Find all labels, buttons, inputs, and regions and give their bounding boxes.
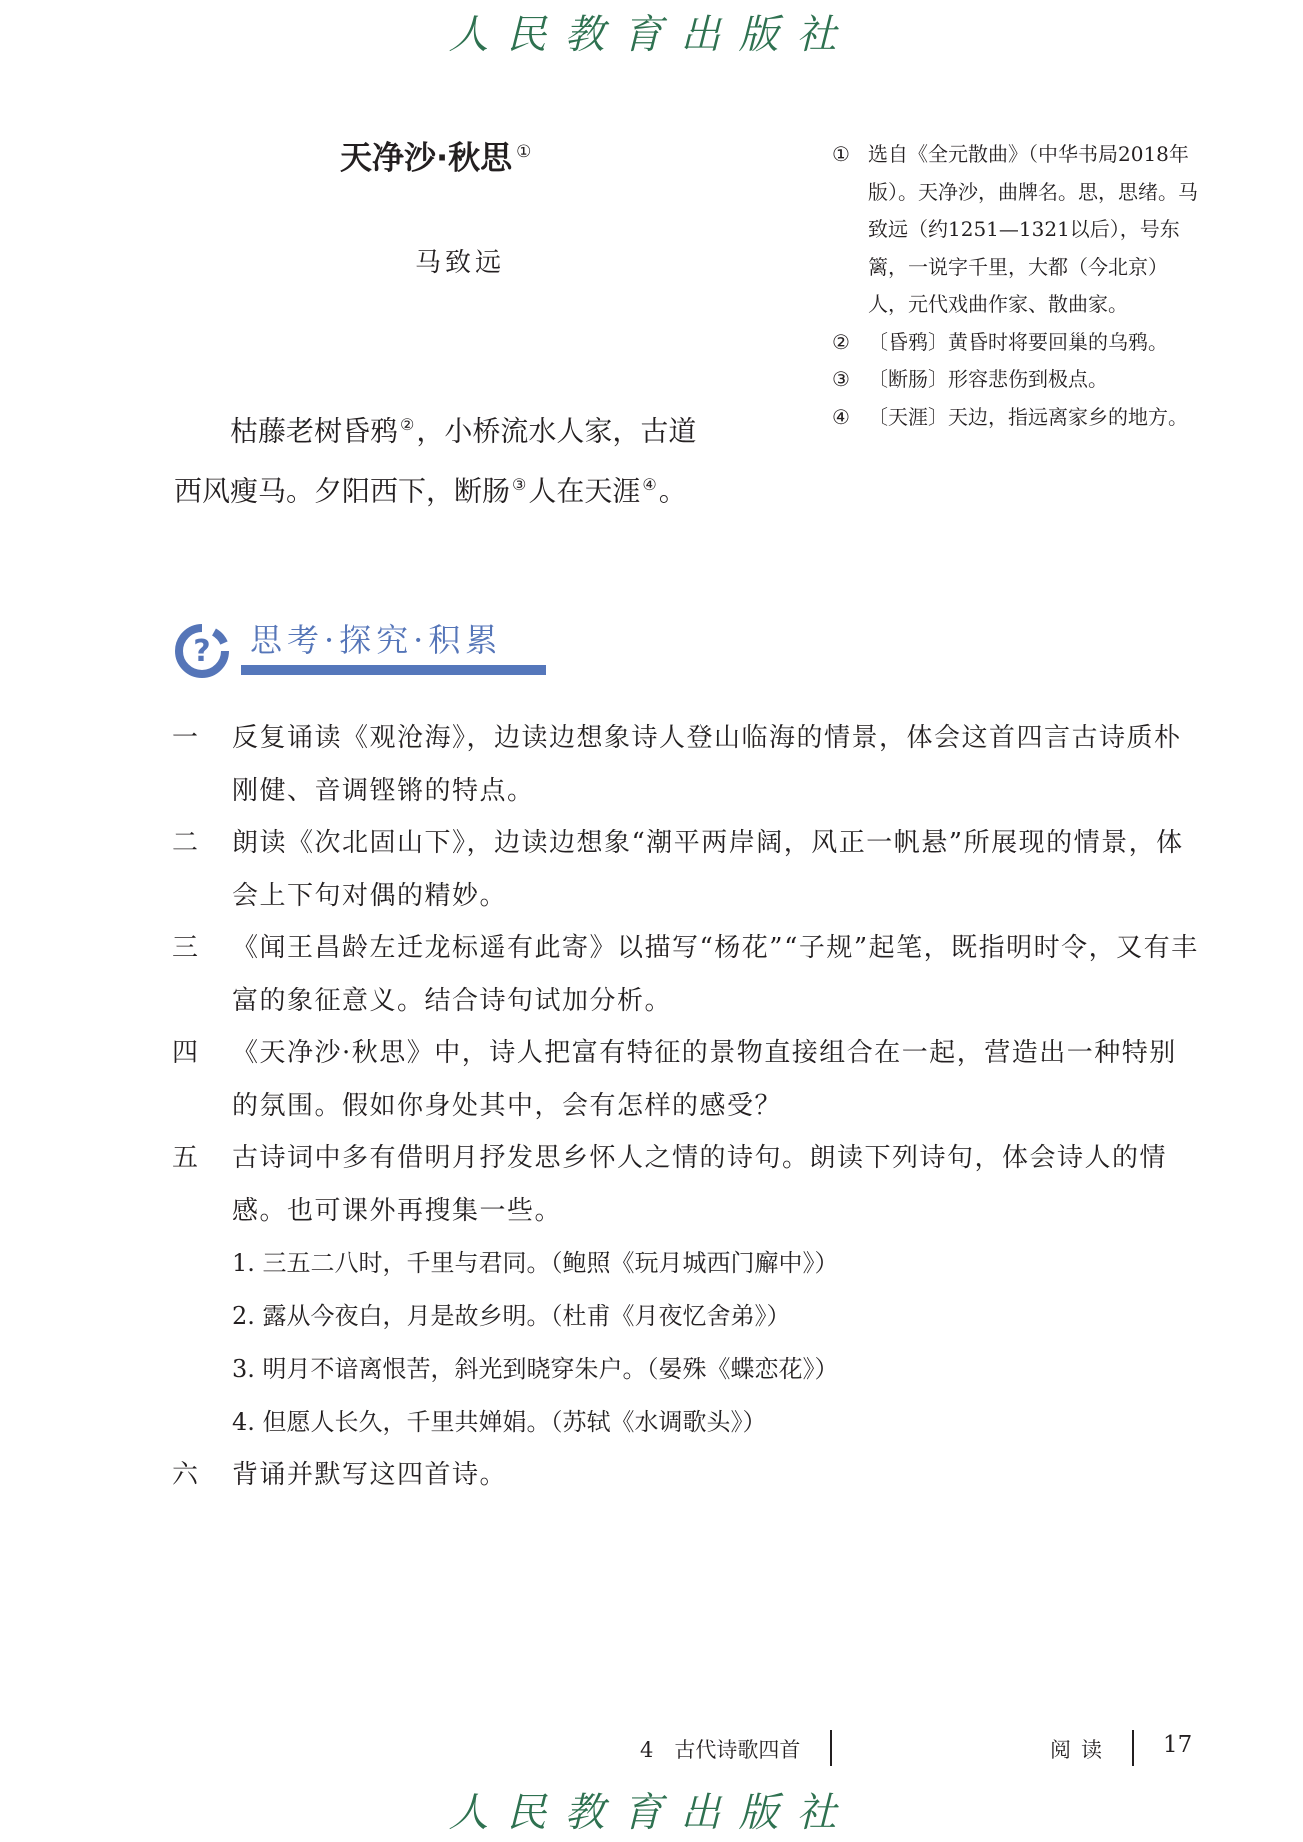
poem-line-1: 枯藤老树昏鸦②，小桥流水人家，古道 — [174, 398, 764, 458]
exercise-number: 一 — [172, 712, 232, 817]
exercise-text: 《天净沙·秋思》中，诗人把富有特征的景物直接组合在一起，营造出一种特别的氛围。假… — [232, 1027, 1202, 1132]
exercise-number: 六 — [172, 1449, 232, 1502]
footnote-text: 〔天涯〕天边，指远离家乡的地方。 — [868, 399, 1202, 437]
exercise-item: 五 古诗词中多有借明月抒发思乡怀人之情的诗句。朗读下列诗句，体会诗人的情感。也可… — [172, 1132, 1202, 1237]
poem-text: 枯藤老树昏鸦 — [230, 414, 398, 447]
exercise-item: 六 背诵并默写这四首诗。 — [172, 1449, 1202, 1502]
footnote-item: ① 选自《全元散曲》（中华书局2018年版）。天净沙，曲牌名。思，思绪。马致远（… — [832, 136, 1202, 324]
title-footnote-marker: ① — [516, 142, 531, 162]
poem-body: 枯藤老树昏鸦②，小桥流水人家，古道 西风瘦马。夕阳西下，断肠③人在天涯④。 — [174, 398, 764, 519]
exercise-number: 二 — [172, 817, 232, 922]
exercise-item: 三 《闻王昌龄左迁龙标遥有此寄》以描写“杨花”“子规”起笔，既指明时令，又有丰富… — [172, 922, 1202, 1027]
footnote-number: ① — [832, 136, 868, 324]
poem-quote-item: 1. 三五二八时，千里与君同。（鲍照《玩月城西门廨中》） — [232, 1237, 1202, 1290]
section-header: ? 思考·探究·积累 — [170, 615, 570, 685]
exercise-text: 背诵并默写这四首诗。 — [232, 1449, 1202, 1502]
exercise-text: 古诗词中多有借明月抒发思乡怀人之情的诗句。朗读下列诗句，体会诗人的情感。也可课外… — [232, 1132, 1202, 1237]
exercise-list: 一 反复诵读《观沧海》，边读边想象诗人登山临海的情景，体会这首四言古诗质朴刚健、… — [172, 712, 1202, 1502]
footnote-item: ② 〔昏鸦〕黄昏时将要回巢的乌鸦。 — [832, 324, 1202, 362]
poem-author: 马致远 — [415, 245, 505, 281]
exercise-item: 一 反复诵读《观沧海》，边读边想象诗人登山临海的情景，体会这首四言古诗质朴刚健、… — [172, 712, 1202, 817]
page-footer: 4 古代诗歌四首 阅读 17 — [0, 1730, 1303, 1770]
poem-title-text: 天净沙·秋思 — [340, 139, 512, 177]
exercise-text: 《闻王昌龄左迁龙标遥有此寄》以描写“杨花”“子规”起笔，既指明时令，又有丰富的象… — [232, 922, 1202, 1027]
exercise-number: 三 — [172, 922, 232, 1027]
footer-divider — [830, 1730, 832, 1766]
poem-line-2: 西风瘦马。夕阳西下，断肠③人在天涯④。 — [174, 458, 764, 518]
footer-lesson-title: 4 古代诗歌四首 — [640, 1734, 800, 1764]
poem-text: 西风瘦马。夕阳西下，断肠 — [174, 475, 510, 508]
footnote-marker: ③ — [512, 475, 526, 494]
poem-text: 。 — [659, 475, 687, 508]
footnote-number: ② — [832, 324, 868, 362]
exercise-item: 二 朗读《次北固山下》，边读边想象“潮平两岸阔，风正一帆悬”所展现的情景，体会上… — [172, 817, 1202, 922]
footnote-marker: ④ — [642, 475, 656, 494]
svg-text:?: ? — [193, 634, 210, 669]
exercise-item: 四 《天净沙·秋思》中，诗人把富有特征的景物直接组合在一起，营造出一种特别的氛围… — [172, 1027, 1202, 1132]
exercise-number: 四 — [172, 1027, 232, 1132]
footer-section-label: 阅读 — [1050, 1734, 1112, 1764]
publisher-watermark-bottom: 人民教育出版社 — [0, 1788, 1303, 1838]
exercise-text: 反复诵读《观沧海》，边读边想象诗人登山临海的情景，体会这首四言古诗质朴刚健、音调… — [232, 712, 1202, 817]
question-circle-icon: ? — [174, 623, 230, 679]
footnote-text: 〔昏鸦〕黄昏时将要回巢的乌鸦。 — [868, 324, 1202, 362]
section-title: 思考·探究·积累 — [250, 615, 502, 665]
footer-divider — [1132, 1730, 1134, 1766]
poem-title: 天净沙·秋思① — [340, 130, 531, 180]
footnote-item: ④ 〔天涯〕天边，指远离家乡的地方。 — [832, 399, 1202, 437]
poem-quote-item: 4. 但愿人长久，千里共婵娟。（苏轼《水调歌头》） — [232, 1396, 1202, 1449]
footnote-text: 〔断肠〕形容悲伤到极点。 — [868, 361, 1202, 399]
poem-text: ，小桥流水人家，古道 — [416, 414, 696, 447]
footnote-number: ③ — [832, 361, 868, 399]
poem-quote-item: 3. 明月不谙离恨苦，斜光到晓穿朱户。（晏殊《蝶恋花》） — [232, 1343, 1202, 1396]
footnote-item: ③ 〔断肠〕形容悲伤到极点。 — [832, 361, 1202, 399]
footnote-marker: ② — [400, 415, 414, 434]
poem-quote-list: 1. 三五二八时，千里与君同。（鲍照《玩月城西门廨中》） 2. 露从今夜白，月是… — [172, 1237, 1202, 1449]
footnote-text: 选自《全元散曲》（中华书局2018年版）。天净沙，曲牌名。思，思绪。马致远（约1… — [868, 136, 1202, 324]
page-number: 17 — [1163, 1732, 1192, 1758]
exercise-number: 五 — [172, 1132, 232, 1237]
section-underline — [241, 665, 546, 675]
publisher-watermark-top: 人民教育出版社 — [0, 10, 1303, 60]
exercise-text: 朗读《次北固山下》，边读边想象“潮平两岸阔，风正一帆悬”所展现的情景，体会上下句… — [232, 817, 1202, 922]
poem-text: 人在天涯 — [528, 475, 640, 508]
footnote-number: ④ — [832, 399, 868, 437]
footnotes: ① 选自《全元散曲》（中华书局2018年版）。天净沙，曲牌名。思，思绪。马致远（… — [832, 136, 1202, 436]
poem-quote-item: 2. 露从今夜白，月是故乡明。（杜甫《月夜忆舍弟》） — [232, 1290, 1202, 1343]
